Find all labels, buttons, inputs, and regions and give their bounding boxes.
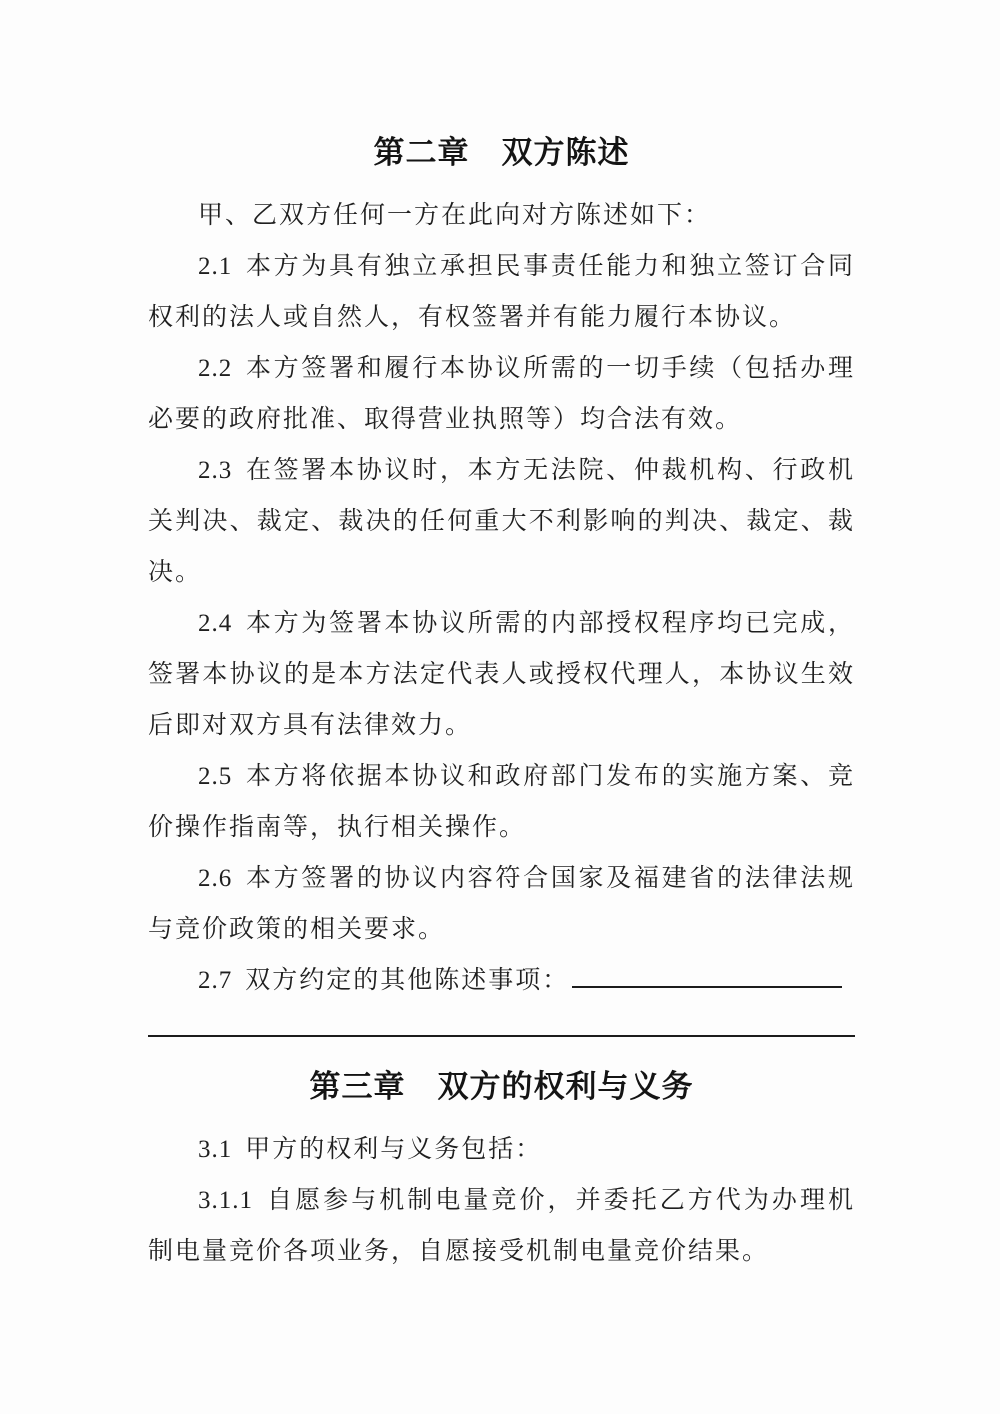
clause-2-7: 2.7双方约定的其他陈述事项： <box>148 955 855 1006</box>
blank-fill-in-line <box>572 961 842 988</box>
clause-number: 2.5 <box>198 763 232 790</box>
clause-number: 2.1 <box>198 253 232 280</box>
clause-number: 2.6 <box>198 865 232 892</box>
clause-text: 本方签署和履行本协议所需的一切手续（包括办理必要的政府批准、取得营业执照等）均合… <box>148 355 855 433</box>
chapter2-title: 第二章 双方陈述 <box>148 130 855 175</box>
clause-text: 本方为签署本协议所需的内部授权程序均已完成，签署本协议的是本方法定代表人或授权代… <box>148 610 855 739</box>
clause-text: 自愿参与机制电量竞价，并委托乙方代为办理机制电量竞价各项业务，自愿接受机制电量竞… <box>148 1187 855 1265</box>
clause-3-1: 3.1甲方的权利与义务包括： <box>148 1124 855 1175</box>
clause-2-1: 2.1本方为具有独立承担民事责任能力和独立签订合同权利的法人或自然人，有权签署并… <box>148 241 855 343</box>
clause-number: 2.2 <box>198 355 232 382</box>
clause-text: 在签署本协议时，本方无法院、仲裁机构、行政机关判决、裁定、裁决的任何重大不利影响… <box>148 457 855 586</box>
clause-number: 2.3 <box>198 457 232 484</box>
clause-2-6: 2.6本方签署的协议内容符合国家及福建省的法律法规与竞价政策的相关要求。 <box>148 853 855 955</box>
clause-number: 3.1.1 <box>198 1187 253 1214</box>
clause-number: 2.4 <box>198 610 232 637</box>
clause-text: 本方签署的协议内容符合国家及福建省的法律法规与竞价政策的相关要求。 <box>148 865 855 943</box>
clause-3-1-1: 3.1.1自愿参与机制电量竞价，并委托乙方代为办理机制电量竞价各项业务，自愿接受… <box>148 1175 855 1277</box>
clause-text: 本方将依据本协议和政府部门发布的实施方案、竞价操作指南等，执行相关操作。 <box>148 763 855 841</box>
clause-text: 甲方的权利与义务包括： <box>245 1136 542 1163</box>
clause-2-3: 2.3在签署本协议时，本方无法院、仲裁机构、行政机关判决、裁定、裁决的任何重大不… <box>148 445 855 598</box>
document-page: 第二章 双方陈述 甲、乙双方任何一方在此向对方陈述如下： 2.1本方为具有独立承… <box>0 0 1000 1414</box>
clause-text: 双方约定的其他陈述事项： <box>245 967 569 994</box>
chapter2-intro: 甲、乙双方任何一方在此向对方陈述如下： <box>148 190 855 241</box>
blank-fill-in-line-continuation <box>148 1006 855 1037</box>
clause-text: 本方为具有独立承担民事责任能力和独立签订合同权利的法人或自然人，有权签署并有能力… <box>148 253 855 331</box>
chapter3-title: 第三章 双方的权利与义务 <box>148 1064 855 1109</box>
clause-2-4: 2.4本方为签署本协议所需的内部授权程序均已完成，签署本协议的是本方法定代表人或… <box>148 598 855 751</box>
clause-number: 3.1 <box>198 1136 232 1163</box>
clause-number: 2.7 <box>198 967 232 994</box>
clause-2-5: 2.5本方将依据本协议和政府部门发布的实施方案、竞价操作指南等，执行相关操作。 <box>148 751 855 853</box>
clause-2-2: 2.2本方签署和履行本协议所需的一切手续（包括办理必要的政府批准、取得营业执照等… <box>148 343 855 445</box>
